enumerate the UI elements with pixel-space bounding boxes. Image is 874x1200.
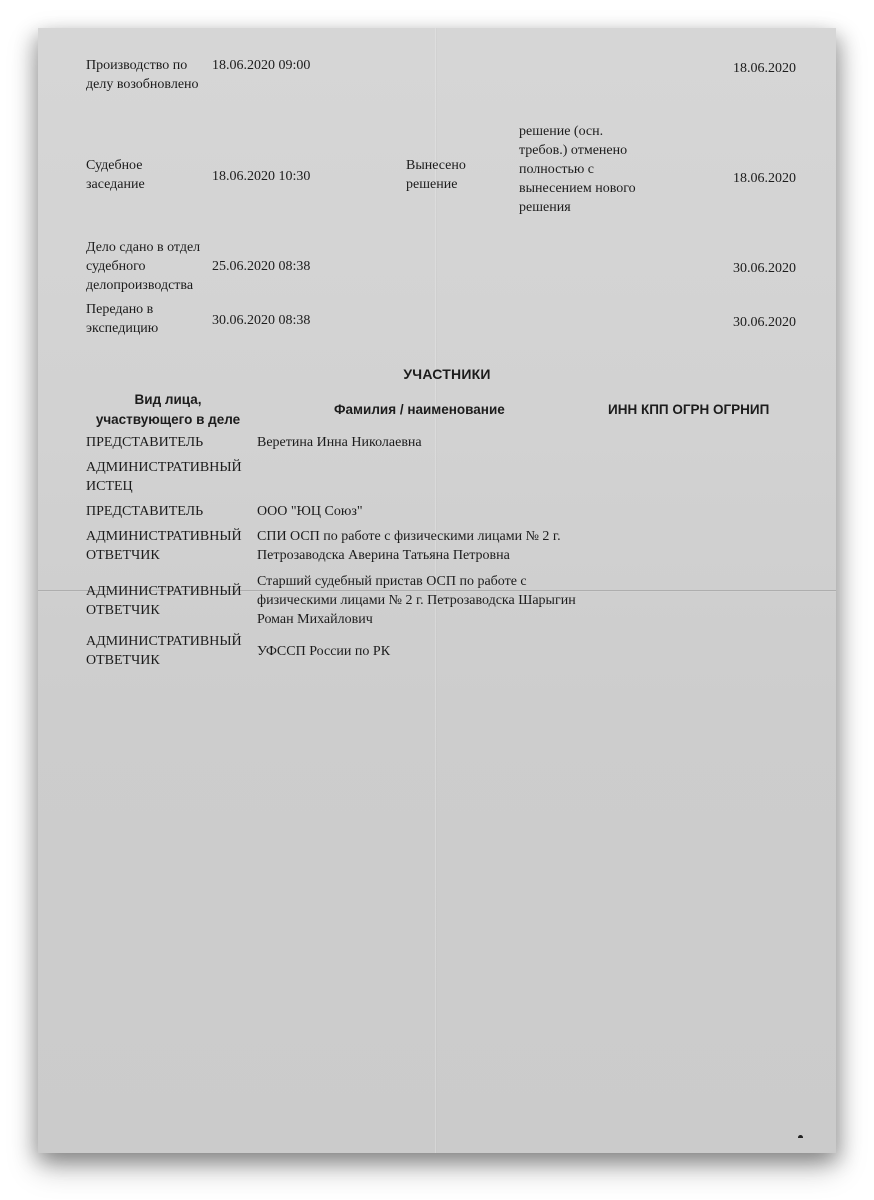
participant-name: Старший судебный пристав ОСП по работе с… <box>257 572 587 629</box>
event-reason: решение (осн. требов.) отменено полность… <box>519 122 637 217</box>
participant-type: АДМИНИСТРАТИВНЫЙ ОТВЕТЧИК <box>86 582 246 620</box>
participant-type: ПРЕДСТАВИТЕЛЬ <box>86 433 256 452</box>
participant-name: УФССП России по РК <box>257 642 597 661</box>
event-published-date: 18.06.2020 <box>733 59 796 78</box>
event-datetime: 30.06.2020 08:38 <box>212 311 310 330</box>
event-name: Судебное заседание <box>86 156 186 194</box>
participant-type: ПРЕДСТАВИТЕЛЬ <box>86 502 256 521</box>
event-published-date: 18.06.2020 <box>733 169 796 188</box>
participants-title: УЧАСТНИКИ <box>38 365 836 384</box>
event-published-date: 30.06.2020 <box>733 259 796 278</box>
event-datetime: 25.06.2020 08:38 <box>212 257 310 276</box>
document-page: Производство по делу возобновлено 18.06.… <box>38 28 836 1153</box>
event-name: Производство по делу возобновлено <box>86 56 208 94</box>
event-datetime: 18.06.2020 09:00 <box>212 56 310 75</box>
participant-type: АДМИНИСТРАТИВНЫЙ ОТВЕТЧИК <box>86 632 246 670</box>
event-result: Вынесено решение <box>406 156 486 194</box>
participant-name: ООО "ЮЦ Союз" <box>257 502 597 521</box>
participant-name: Веретина Инна Николаевна <box>257 433 597 452</box>
page-mark-icon <box>798 1135 803 1138</box>
header-party-name: Фамилия / наименование <box>334 400 505 419</box>
participant-type: АДМИНИСТРАТИВНЫЙ ИСТЕЦ <box>86 458 256 496</box>
participant-name: СПИ ОСП по работе с физическими лицами №… <box>257 527 597 565</box>
participant-type: АДМИНИСТРАТИВНЫЙ ОТВЕТЧИК <box>86 527 246 565</box>
event-published-date: 30.06.2020 <box>733 313 796 332</box>
event-datetime: 18.06.2020 10:30 <box>212 167 310 186</box>
header-party-ids: ИНН КПП ОГРН ОГРНИП <box>608 400 769 419</box>
event-name: Дело сдано в отдел судебного делопроизво… <box>86 238 218 295</box>
header-party-type: Вид лица, участвующего в деле <box>88 390 248 430</box>
event-name: Передано в экспедицию <box>86 300 186 338</box>
